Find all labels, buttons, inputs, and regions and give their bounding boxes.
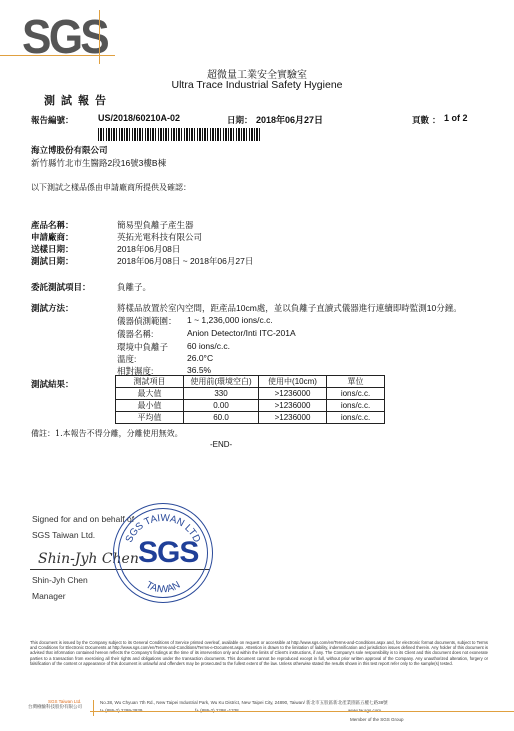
cell: >1236000 [259, 400, 327, 412]
signer-name: Shin-Jyh Chen [32, 575, 88, 585]
field-label: 測試日期： [31, 255, 74, 267]
report-number-label: 報告編號： [31, 114, 74, 126]
table-row: 最小值 0.00 >1236000 ions/c.c. [116, 400, 385, 412]
header-cell: 單位 [327, 376, 385, 388]
report-number: US/2018/60210A-02 [98, 113, 180, 123]
cell: >1236000 [259, 388, 327, 400]
applicant: 英拓光電科技有限公司 [117, 231, 202, 243]
param-value: 60 ions/c.c. [187, 341, 230, 351]
test-item-label: 委託測試項目： [31, 281, 91, 293]
param-value: 26.0°C [187, 353, 213, 363]
cell: 最大值 [116, 388, 184, 400]
param-value: 1 ~ 1,236,000 ions/c.c. [187, 315, 273, 325]
cell: 平均值 [116, 412, 184, 424]
page-label: 頁數 ： [412, 114, 440, 126]
test-item-value: 負離子。 [117, 281, 151, 293]
table-row: 平均值 60.0 >1236000 ions/c.c. [116, 412, 385, 424]
logo-divider-horizontal [0, 55, 115, 56]
cell: 0.00 [184, 400, 259, 412]
param-value: Anion Detector/Inti ITC-201A [187, 328, 296, 338]
date-label: 日期： [227, 114, 253, 126]
note: 備註：1.本報告不得分離，分離使用無效。 [31, 428, 183, 439]
page-number: 1 of 2 [444, 113, 468, 123]
intro-text: 以下測試之樣品係由申請廠商所提供及確認： [31, 182, 191, 193]
lab-name-en: Ultra Trace Industrial Safety Hygiene [0, 79, 514, 91]
product-name: 簡易型負離子產生器 [117, 219, 194, 231]
cell: ions/c.c. [327, 400, 385, 412]
cell: 60.0 [184, 412, 259, 424]
stamp-sgs-logo: SGS [138, 536, 198, 570]
header-cell: 測試項目 [116, 376, 184, 388]
sample-received-date: 2018年06月08日 [117, 243, 180, 255]
param-label: 儀器偵測範圍： [117, 315, 177, 327]
field-label: 送樣日期： [31, 243, 74, 255]
cell: ions/c.c. [327, 388, 385, 400]
footer-divider [90, 711, 514, 712]
legal-disclaimer: This document is issued by the Company s… [30, 640, 488, 666]
footer-member: Member of the SGS Group [350, 717, 404, 722]
header-cell: 使用中(10cm) [259, 376, 327, 388]
signed-company: SGS Taiwan Ltd. [32, 530, 95, 540]
footer-address: No.38, Wu Chyuan 7th Rd., New Taipei Ind… [100, 700, 388, 706]
barcode [98, 128, 260, 141]
param-label: 環境中負離子 [117, 341, 168, 353]
logo-divider-vertical [99, 10, 100, 64]
svg-text:TAIWAN: TAIWAN [144, 580, 183, 596]
table-header-row: 測試項目 使用前(環境空白) 使用中(10cm) 單位 [116, 376, 385, 388]
param-value: 36.5% [187, 365, 211, 375]
testing-period: 2018年06月08日 ~ 2018年06月27日 [117, 255, 253, 267]
signer-title: Manager [32, 591, 66, 601]
client-address: 新竹縣竹北市生醫路2段16號3樓B棟 [31, 157, 166, 169]
report-date: 2018年06月27日 [256, 113, 323, 126]
method-label: 測試方法： [31, 302, 74, 314]
cell: 最小值 [116, 400, 184, 412]
end-marker: -END- [210, 440, 232, 449]
footer-company-zh: 台灣檢驗科技股份有限公司 [28, 704, 82, 710]
field-label: 產品名稱： [31, 219, 74, 231]
table-row: 最大值 330 >1236000 ions/c.c. [116, 388, 385, 400]
results-table: 測試項目 使用前(環境空白) 使用中(10cm) 單位 最大值 330 >123… [115, 375, 385, 424]
stamp-bottom-text: TAIWAN [144, 580, 183, 596]
param-label: 溫度: [117, 353, 136, 365]
cell: 330 [184, 388, 259, 400]
field-label: 申請廠商： [31, 231, 74, 243]
param-label: 儀器名稱: [117, 328, 153, 340]
footer-divider-vertical [93, 700, 94, 716]
client-company: 海立博股份有限公司 [31, 144, 108, 156]
header-cell: 使用前(環境空白) [184, 376, 259, 388]
cell: ions/c.c. [327, 412, 385, 424]
cell: >1236000 [259, 412, 327, 424]
results-label: 測試結果： [31, 378, 74, 390]
report-title: 測試報告 [44, 92, 112, 108]
method-description: 將樣品放置於室內空間，距產品10cm處，並以負離子直讀式儀器進行連續即時監測10… [117, 302, 462, 314]
